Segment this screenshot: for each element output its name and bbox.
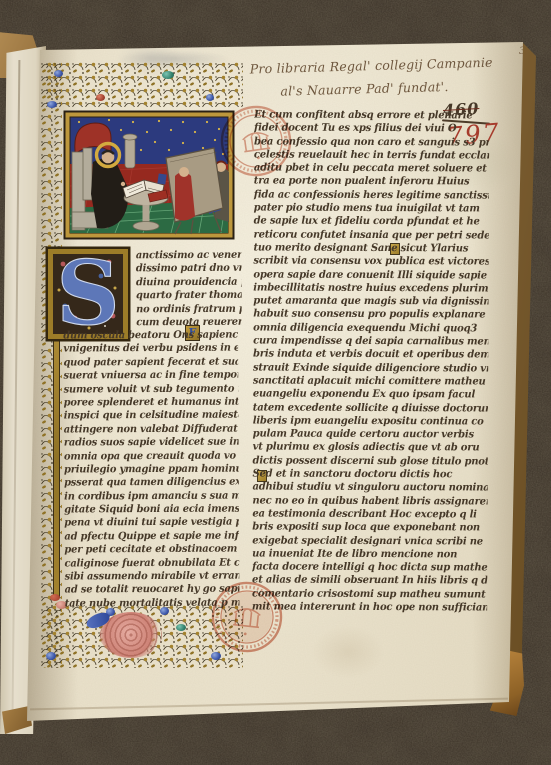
manuscript-photograph: Pro libraria Regal' collegij Campanie al… (0, 0, 551, 765)
manuscript-text-line: pulam Pauca quide certoru auctor verbis (253, 428, 488, 442)
flower-ornament (162, 71, 174, 79)
ownership-inscription: Pro libraria Regal' collegij Campanie al… (249, 51, 500, 104)
manuscript-text-line: nec no eo in quibus habent libris assign… (252, 494, 487, 508)
manuscript-text-line: adhibui studiu vt singuloru auctoru nomi… (252, 481, 487, 495)
manuscript-text-line: vt plurimu ex glosis adiectis que vt ab … (253, 441, 488, 455)
table-foot (133, 222, 159, 231)
manuscript-text-line: diuina prouidencia pape (136, 276, 242, 290)
manuscript-text-line: anctissimo ac veneran (136, 249, 242, 263)
saint-hand (121, 182, 125, 186)
manuscript-text-line: facta docere intelligi q hoc dicta sup m… (252, 561, 487, 575)
left-column-lines-beside-initial: anctissimo ac venerandissimo patri dno v… (136, 249, 246, 330)
manuscript-text-line: exigebat specialit designari vnica scrib… (252, 534, 487, 548)
manuscript-text-line: inspici que in celsitudine maiestatis di… (64, 409, 239, 423)
round-red-library-stamp (219, 104, 293, 178)
stone-pillar (125, 138, 135, 168)
manuscript-text-line: omnia diligencia exequendu Michi quoq3 (253, 321, 488, 335)
manuscript-text-line: bris expositi sup loca que exponebant no… (252, 521, 487, 535)
manuscript-text-line: cum deuota reuerencia pe (136, 316, 242, 330)
manuscript-text-line: poree splenderet et humanus intuitus pos… (64, 396, 239, 410)
round-red-library-stamp (210, 580, 284, 654)
flower-ornament (54, 70, 63, 77)
manuscript-text-line: ad pfectu Quippe et sapie me infusa boni… (64, 529, 239, 543)
manuscript-text-line: opera sapie dare conuenit Illi siquide s… (253, 268, 488, 282)
manuscript-text-line: suerat vniuersa ac in fine temporu carne (63, 369, 238, 383)
miniature-scene (70, 117, 229, 234)
manuscript-text-line: dictis possent discerni sub glose titulo… (253, 454, 488, 468)
manuscript-text-line: pater pio studio mens tua inuigilat vt t… (254, 202, 489, 216)
manuscript-text-line: imbecillitatis nostre huius excedens plu… (253, 281, 488, 295)
manuscript-text-line: mit mea intererunt in hoc ope non suffic… (252, 600, 487, 614)
manuscript-text-line: cura impendisse q dei sapia carnalibus m… (253, 335, 488, 349)
manuscript-text-line: priuilegio ymagine ppam hominu anime im (64, 462, 239, 476)
manuscript-text-line: attingere non valebat Diffuderat siquide (64, 422, 239, 436)
manuscript-text-line: et alias de simili obseruant In hiis lib… (252, 574, 487, 588)
student-head-front (179, 167, 189, 177)
manuscript-text-line: bris induta et verbis docuit et operibus… (253, 348, 488, 362)
lectern-panel (166, 148, 223, 222)
manuscript-text-line: habuit suo consensu pro populis explanar… (253, 308, 488, 322)
flower-ornament (47, 101, 57, 108)
left-column-text: dum oscula beatoru Ons sapiencievnigenit… (63, 329, 246, 611)
manuscript-text-line: per peti cecitate et obstinacoem tempori (64, 543, 239, 557)
manuscript-text-line: reticoru confutet insania que per petri … (254, 228, 489, 242)
manuscript-text-line: ua inueniat Ite de libro mencione non (252, 547, 487, 561)
top-ivy-border (45, 61, 243, 107)
manuscript-text-line: vnigenitus dei verbu psidens in excelsis… (63, 342, 238, 356)
manuscript-text-line: sanctitati aplacuit michi comittere math… (253, 374, 488, 388)
manuscript-text-line: no ordinis fratrum predicator (136, 302, 242, 316)
manuscript-text-line: radios suos sapie videlicet sue indicia … (64, 436, 239, 450)
manuscript-text-line: ea testimonia describant Hoc excepto q l… (252, 507, 487, 521)
right-column-text: Et cum confitent absq errore et plenarie… (252, 108, 499, 614)
manuscript-text-line: omnia opa que creauit quoda vo amplioni (64, 449, 239, 463)
manuscript-text-line: putet amaranta que magis sub via digniss… (253, 295, 488, 309)
manuscript-text-line: tatem excedente sollicite q diuisse doct… (253, 401, 488, 415)
manuscript-text-line: euangeliu exponendu Ex quo ipsam facul (253, 388, 488, 402)
initial-letter: S (56, 246, 120, 342)
manuscript-text-line: liberis ipm euangeliu expositu continua … (253, 414, 488, 428)
flower-ornament (96, 94, 105, 101)
flower-ornament (206, 94, 214, 101)
manuscript-text-line: gitate Siquid boni aia ecia imensa ei (64, 503, 239, 517)
manuscript-text-line: in cordibus ipm amanciu s sua mirabili l… (64, 489, 239, 503)
manuscript-text-line: dissimo patri dno vrbano (136, 262, 242, 276)
manuscript-text-line: fida ac confessionis heres legitime sanc… (254, 188, 489, 202)
manuscript-text-line: sumere voluit vt sub tegumento nature co… (64, 382, 239, 396)
blue-lectern-bit (157, 173, 166, 184)
manuscript-text-line: comentario crisostomi sup matheu sumunt (252, 587, 487, 601)
manuscript-text-line: quod pater sapient fecerat et suauit dis… (63, 355, 238, 369)
illuminated-initial: S (45, 246, 131, 342)
pillar-top (123, 134, 137, 140)
manuscript-text-line: caliginose fuerat obnubilata Et cu modo (64, 556, 239, 570)
manuscript-text-line: Sed et in sanctoru doctoru dictis hoc (252, 467, 487, 481)
manuscript-recto-page: Pro libraria Regal' collegij Campanie al… (0, 0, 551, 765)
flower-ornament (176, 624, 186, 631)
manuscript-text-line: quarto frater thomas de aqui (136, 289, 242, 303)
manuscript-text-line: psserat qua tamen diligencius expssam e (64, 476, 239, 490)
manuscript-text-line: tuo merito designant Sane sicut Ylarius (253, 241, 488, 255)
teaching-scene-miniature (63, 110, 235, 240)
manuscript-text-line: dum oscula beatoru Ons sapiencie (63, 329, 238, 343)
flower-ornament (46, 652, 56, 660)
red-bud-ornament (50, 594, 60, 601)
manuscript-text-line: strauit Exinde siquide diligenciore stud… (253, 361, 488, 375)
manuscript-text-line: de sapie lux et fideliu corda pfundat et… (254, 215, 489, 229)
manuscript-text-line: scribit via consensu vox publica est vic… (253, 255, 488, 269)
manuscript-text-line: pena vt diuini tui sapie vestigia possit… (64, 516, 239, 530)
